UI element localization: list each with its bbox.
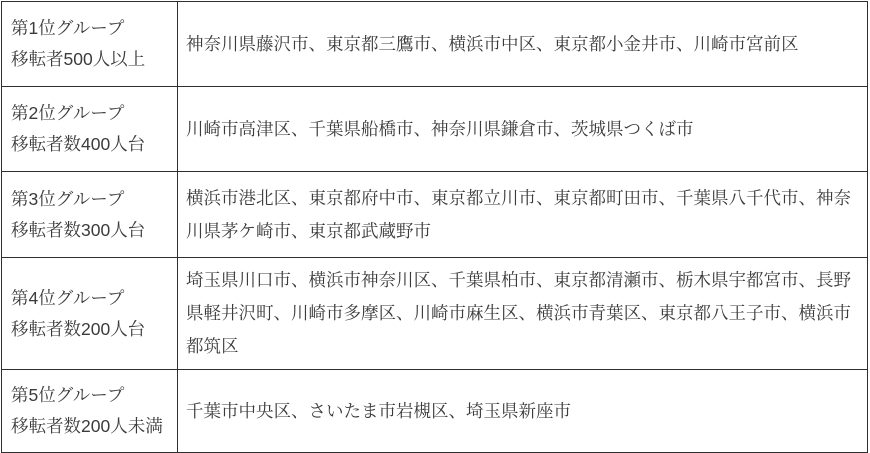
group-cell: 第5位グループ 移転者数200人未満 (2, 370, 178, 436)
group-cell: 第1位グループ 移転者500人以上 (2, 2, 178, 87)
relocation-group-table: 第1位グループ 移転者500人以上 神奈川県藤沢市、東京都三鷹市、横浜市中区、東… (1, 1, 868, 435)
group-rank-label: 第4位グループ (11, 283, 171, 314)
group-criteria-label: 移転者500人以上 (11, 44, 171, 75)
cities-cell: 横浜市港北区、東京都府中市、東京都立川市、東京都町田市、千葉県八千代市、神奈川県… (178, 172, 868, 258)
table-row: 第4位グループ 移転者数200人台 埼玉県川口市、横浜市神奈川区、千葉県柏市、東… (2, 258, 868, 370)
group-rank-label: 第1位グループ (11, 13, 171, 44)
group-rank-label: 第5位グループ (11, 380, 171, 411)
table-row: 第1位グループ 移転者500人以上 神奈川県藤沢市、東京都三鷹市、横浜市中区、東… (2, 2, 868, 87)
table-row: 第3位グループ 移転者数300人台 横浜市港北区、東京都府中市、東京都立川市、東… (2, 172, 868, 258)
cities-cell: 千葉市中央区、さいたま市岩槻区、埼玉県新座市 (178, 370, 868, 436)
relocation-group-table-wrapper: 第1位グループ 移転者500人以上 神奈川県藤沢市、東京都三鷹市、横浜市中区、東… (1, 1, 868, 435)
cities-cell: 埼玉県川口市、横浜市神奈川区、千葉県柏市、東京都清瀬市、栃木県宇都宮市、長野県軽… (178, 258, 868, 370)
cities-cell: 神奈川県藤沢市、東京都三鷹市、横浜市中区、東京都小金井市、川崎市宮前区 (178, 2, 868, 87)
table-row: 第2位グループ 移転者数400人台 川崎市高津区、千葉県船橋市、神奈川県鎌倉市、… (2, 87, 868, 172)
group-rank-label: 第3位グループ (11, 184, 171, 215)
group-criteria-label: 移転者数200人台 (11, 314, 171, 345)
group-rank-label: 第2位グループ (11, 98, 171, 129)
cities-cell: 川崎市高津区、千葉県船橋市、神奈川県鎌倉市、茨城県つくば市 (178, 87, 868, 172)
group-cell: 第3位グループ 移転者数300人台 (2, 172, 178, 258)
group-criteria-label: 移転者数200人未満 (11, 411, 171, 435)
group-cell: 第4位グループ 移転者数200人台 (2, 258, 178, 370)
table-row: 第5位グループ 移転者数200人未満 千葉市中央区、さいたま市岩槻区、埼玉県新座… (2, 370, 868, 436)
group-criteria-label: 移転者数300人台 (11, 215, 171, 246)
group-criteria-label: 移転者数400人台 (11, 129, 171, 160)
group-cell: 第2位グループ 移転者数400人台 (2, 87, 178, 172)
